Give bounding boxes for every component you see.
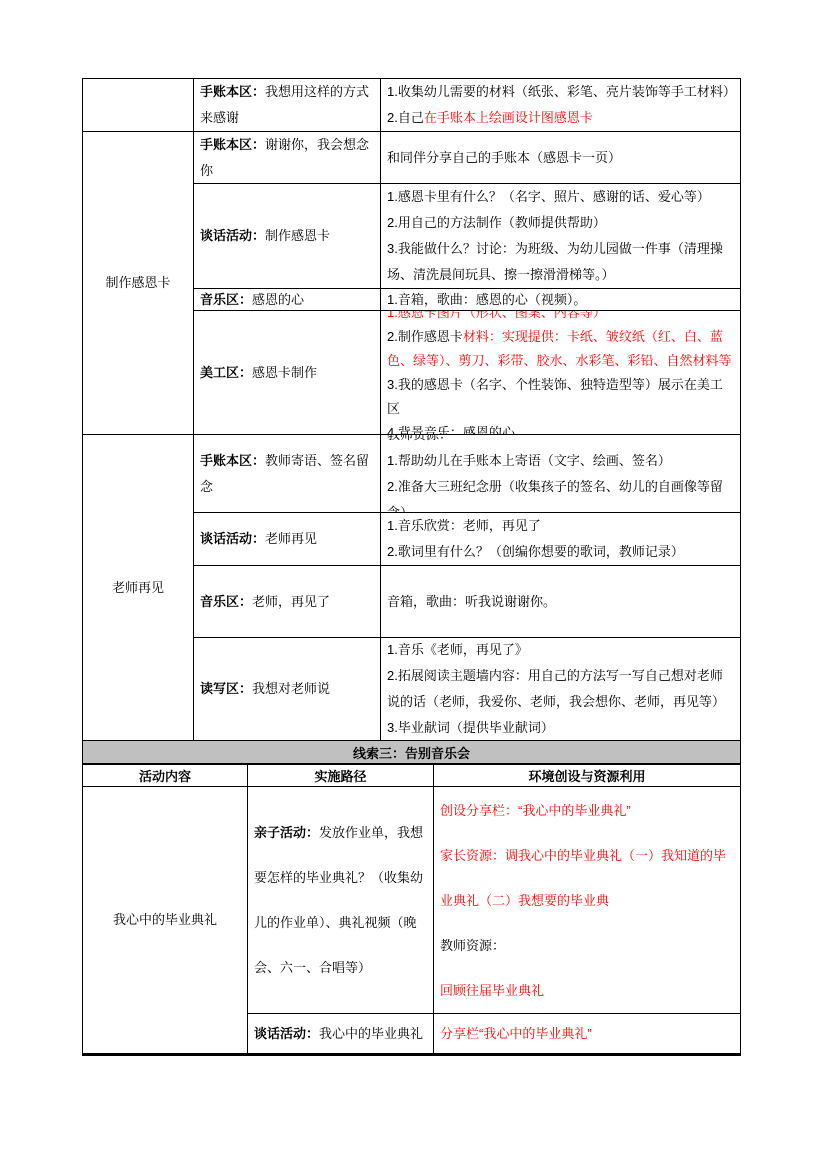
env-line: 音箱，歌曲：听我说谢谢你。 [387,589,734,615]
path-text: 谈话活动：老师再见 [200,526,374,552]
header-environment-resources: 环境创设与资源利用 [434,765,741,787]
header-label: 环境创设与资源利用 [528,766,645,785]
env-line: 2.制作感恩卡材料：实现提供：卡纸、皱纹纸（红、白、蓝色、绿等）、剪刀、彩带、胶… [387,325,734,373]
env-line: 2.拓展阅读主题墙内容：用自己的方法写一写自己想对老师说的话（老师，我爱你、老师… [387,663,734,715]
path-text: 谈话活动：制作感恩卡 [200,223,374,249]
path-text: 谈话活动：我心中的毕业典礼 [254,1021,427,1047]
env-cell: 音箱，歌曲：听我说谢谢你。 [381,566,741,638]
path-zone-label: 谈话活动： [200,228,265,243]
env-line: 3.我能做什么？讨论：为班级、为幼儿园做一件事（清理操场、清洗晨间玩具、擦一擦滑… [387,236,734,288]
activity-label: 老师再见 [112,575,164,601]
path-zone-label: 美工区： [200,365,252,380]
path-detail: 老师再见 [265,531,317,546]
path-text: 音乐区：感恩的心 [200,290,374,310]
env-text: 2.制作感恩卡 [387,329,463,344]
env-cell: 1.音箱，歌曲：感恩的心（视频）。 [381,289,741,311]
path-detail: 感恩的心 [252,292,304,307]
header-implementation-path: 实施路径 [248,765,434,787]
path-cell: 手账本区：谢谢你，我会想念你 [194,132,381,184]
env-line: 1.感恩卡里有什么？（名字、照片、感谢的话、爱心等） [387,184,734,210]
path-text: 美工区：感恩卡制作 [200,360,374,386]
env-line: 1.音乐《老师，再见了》 [387,638,734,663]
path-detail: 制作感恩卡 [265,228,330,243]
path-detail: 老师，再见了 [252,594,330,609]
env-line: 3.我的感恩卡（名字、个性装饰、独特造型等）展示在美工区 [387,373,734,421]
path-cell: 谈话活动：制作感恩卡 [194,184,381,289]
activity-label-cell-empty [83,79,194,132]
path-cell: 谈话活动：我心中的毕业典礼 [248,1014,434,1054]
path-text: 手账本区：谢谢你，我会想念你 [200,132,374,184]
env-cell: 1.收集幼儿需要的材料（纸张、彩笔、亮片装饰等手工材料） 2.自己在手账本上绘画… [381,79,741,132]
env-line: 和同伴分享自己的手账本（感恩卡一页） [387,145,734,171]
lower-table: 我心中的毕业典礼 亲子活动：发放作业单，我想要怎样的毕业典礼？（收集幼儿的作业单… [82,787,741,1056]
document-table: 制作感恩卡 老师再见 手账本区：我想用这样的方式来感谢 1.收集幼儿需要的材料（… [82,78,741,1056]
path-detail: 我心中的毕业典礼 [319,1026,423,1041]
env-line: 教师资源： [440,923,734,968]
path-detail: 感恩卡制作 [252,365,317,380]
env-line-red: 家长资源：调我心中的毕业典礼（一）我知道的毕业典礼（二）我想要的毕业典 [440,833,734,923]
header-label: 活动内容 [139,766,191,785]
activity-label-graduation-ceremony: 我心中的毕业典礼 [83,787,248,1054]
env-line: 2.歌词里有什么？（创编你想要的歌词，教师记录） [387,539,734,565]
path-text: 手账本区：我想用这样的方式来感谢 [200,79,374,131]
env-line: 1.帮助幼儿在手账本上寄语（文字、绘画、签名） [387,448,734,474]
env-cell: 创设分享栏：“我心中的毕业典礼” 家长资源：调我心中的毕业典礼（一）我知道的毕业… [434,787,741,1014]
upper-table: 制作感恩卡 老师再见 手账本区：我想用这样的方式来感谢 1.收集幼儿需要的材料（… [82,78,741,741]
env-cell: 1.音乐《老师，再见了》 2.拓展阅读主题墙内容：用自己的方法写一写自己想对老师… [381,638,741,741]
env-line: 1.音乐欣赏：老师，再见了 [387,513,734,539]
env-cell: 1.感恩卡图片（形状、图案、内容等） 2.制作感恩卡材料：实现提供：卡纸、皱纹纸… [381,311,741,435]
env-cell: 1.感恩卡里有什么？（名字、照片、感谢的话、爱心等） 2.用自己的方法制作（教师… [381,184,741,289]
env-line-red: 回顾往届毕业典礼 [440,968,734,1013]
header-label: 实施路径 [314,766,366,785]
env-line: 2.用自己的方法制作（教师提供帮助） [387,210,734,236]
path-zone-label: 音乐区： [200,594,252,609]
path-zone-label: 手账本区： [200,84,265,99]
path-zone-label: 亲子活动： [254,825,319,840]
section-band: 线索三：告别音乐会 [82,741,741,765]
env-line: 2.自己在手账本上绘画设计图感恩卡 [387,105,734,131]
path-detail: 发放作业单，我想要怎样的毕业典礼？（收集幼儿的作业单）、典礼视频（晚会、六一、合… [254,825,423,975]
path-zone-label: 谈话活动： [254,1026,319,1041]
path-cell: 美工区：感恩卡制作 [194,311,381,435]
path-cell: 亲子活动：发放作业单，我想要怎样的毕业典礼？（收集幼儿的作业单）、典礼视频（晚会… [248,787,434,1014]
path-zone-label: 谈话活动： [200,531,265,546]
env-line: 4.背景音乐：感恩的心 [387,421,734,436]
activity-label: 制作感恩卡 [105,270,170,296]
lower-header-row: 活动内容 实施路径 环境创设与资源利用 [82,765,741,787]
env-cell: 1.音乐欣赏：老师，再见了 2.歌词里有什么？（创编你想要的歌词，教师记录） [381,513,741,566]
env-line: 3.毕业献词（提供毕业献词） [387,715,734,741]
env-line: 2.准备大三班纪念册（收集孩子的签名、幼儿的自画像等留念） [387,474,734,514]
env-cell: 教师资源： 1.帮助幼儿在手账本上寄语（文字、绘画、签名） 2.准备大三班纪念册… [381,435,741,513]
env-line-red: 分享栏“我心中的毕业典礼” [440,1021,734,1047]
env-cell: 和同伴分享自己的手账本（感恩卡一页） [381,132,741,184]
path-zone-label: 手账本区： [200,137,265,152]
activity-label: 我心中的毕业典礼 [113,907,217,933]
path-text: 手账本区：教师寄语、签名留念 [200,448,374,500]
path-cell: 音乐区：老师，再见了 [194,566,381,638]
env-line: 教师资源： [387,435,734,448]
path-text: 亲子活动：发放作业单，我想要怎样的毕业典礼？（收集幼儿的作业单）、典礼视频（晚会… [254,810,427,990]
path-cell: 手账本区：我想用这样的方式来感谢 [194,79,381,132]
path-zone-label: 音乐区： [200,292,252,307]
path-text: 读写区：我想对老师说 [200,676,374,702]
path-detail: 我想对老师说 [252,681,330,696]
env-line-red: 1.感恩卡图片（形状、图案、内容等） [387,311,734,325]
env-line-red: 创设分享栏：“我心中的毕业典礼” [440,788,734,833]
env-text: 2.自己 [387,110,424,125]
activity-label-goodbye-teacher: 老师再见 [83,435,194,741]
path-zone-label: 手账本区： [200,453,265,468]
path-cell: 手账本区：教师寄语、签名留念 [194,435,381,513]
env-text-red: 在手账本上绘画设计图感恩卡 [424,110,593,125]
env-cell: 分享栏“我心中的毕业典礼” [434,1014,741,1054]
activity-label-make-card: 制作感恩卡 [83,132,194,435]
section-band-title: 线索三：告别音乐会 [353,743,470,762]
path-cell: 谈话活动：老师再见 [194,513,381,566]
env-line: 1.收集幼儿需要的材料（纸张、彩笔、亮片装饰等手工材料） [387,79,734,105]
path-zone-label: 读写区： [200,681,252,696]
header-activity-content: 活动内容 [83,765,248,787]
env-line: 1.音箱，歌曲：感恩的心（视频）。 [387,290,734,310]
path-text: 音乐区：老师，再见了 [200,589,374,615]
path-cell: 音乐区：感恩的心 [194,289,381,311]
path-cell: 读写区：我想对老师说 [194,638,381,741]
